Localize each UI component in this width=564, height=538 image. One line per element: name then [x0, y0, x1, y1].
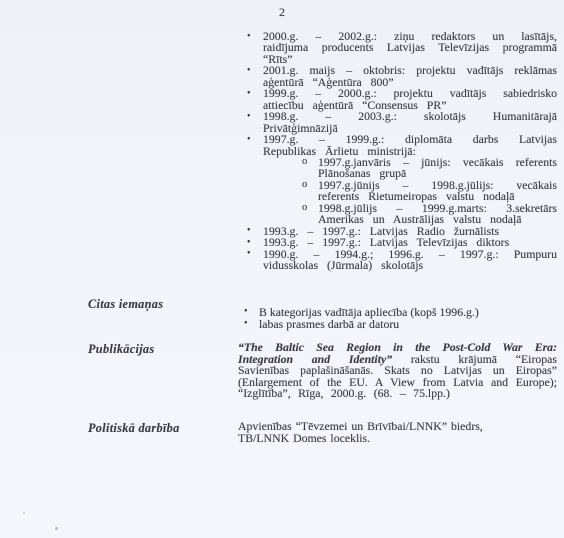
bullet-icon: •	[247, 248, 251, 259]
section-label-publications: Publikācijas	[88, 342, 154, 357]
section-label-political-activity: Politiskā darbība	[88, 421, 180, 436]
page-number: 2	[0, 5, 564, 20]
circle-bullet-icon: o	[302, 202, 307, 213]
work-history-text: 1990.g. – 1994.g.; 1996.g. – 1997.g.: Pu…	[263, 247, 557, 272]
sub-list-item: o1997.g.janvāris – jūnijs: vecākais refe…	[302, 157, 557, 180]
work-history-text: 2001.g. maijs – oktobris: projektu vadīt…	[263, 63, 557, 88]
other-skills-list: •B kategorijas vadītāja apliecība (kopš …	[243, 306, 557, 331]
bullet-icon: •	[244, 306, 248, 318]
skill-text: labas prasmes darbā ar datoru	[259, 317, 399, 331]
bullet-icon: •	[247, 88, 251, 99]
political-activity-paragraph: Apvienības “Tēvzemei un Brīvībai/LNNK” b…	[238, 421, 490, 445]
bullet-icon: •	[247, 31, 251, 42]
work-history-text: 1998.g. – 2003.g.: skolotājs Humanitāraj…	[263, 109, 557, 134]
work-history-item: •1990.g. – 1994.g.; 1996.g. – 1997.g.: P…	[245, 249, 557, 272]
ministry-positions-sublist: o1997.g.janvāris – jūnijs: vecākais refe…	[302, 157, 557, 226]
bullet-icon: •	[247, 237, 251, 248]
skill-item: •labas prasmes darbā ar datoru	[243, 318, 557, 330]
scan-speck	[55, 527, 58, 530]
bullet-icon: •	[247, 65, 251, 76]
sub-list-item: o1997.g.jūnijs – 1998.g.jūlijs: vecākais…	[302, 180, 557, 203]
work-history-text: 1997.g. – 1999.g.: diplomāta darbs Latvi…	[263, 132, 557, 157]
sub-item-text: 1997.g.janvāris – jūnijs: vecākais refer…	[318, 155, 557, 180]
work-history-list: •2000.g. – 2002.g.: ziņu redaktors un la…	[245, 31, 557, 272]
work-history-item: •1999.g. – 2000.g.: projektu vadītājs sa…	[245, 88, 557, 111]
bullet-icon: •	[247, 111, 251, 122]
work-history-item: •2000.g. – 2002.g.: ziņu redaktors un la…	[245, 31, 557, 65]
work-history-text: 1999.g. – 2000.g.: projektu vadītājs sab…	[263, 86, 557, 111]
sub-item-text: 1997.g.jūnijs – 1998.g.jūlijs: vecākais …	[318, 178, 557, 203]
work-history-item: •1998.g. – 2003.g.: skolotājs Humanitāra…	[245, 111, 557, 134]
bullet-icon: •	[247, 225, 251, 236]
publications-paragraph: “The Baltic Sea Region in the Post-Cold …	[238, 342, 557, 400]
sub-list-item: o1998.g.jūlijs – 1999.g.marts: 3.sekretā…	[302, 203, 557, 226]
bullet-icon: •	[244, 318, 248, 330]
bullet-icon: •	[247, 134, 251, 145]
scanned-cv-page: 2 •2000.g. – 2002.g.: ziņu redaktors un …	[0, 0, 564, 538]
circle-bullet-icon: o	[302, 156, 307, 167]
circle-bullet-icon: o	[302, 179, 307, 190]
sub-item-text: 1998.g.jūlijs – 1999.g.marts: 3.sekretār…	[318, 201, 557, 226]
section-label-other-skills: Citas iemaņas	[88, 297, 163, 312]
work-history-item: •2001.g. maijs – oktobris: projektu vadī…	[245, 65, 557, 88]
scan-speck	[23, 512, 25, 514]
work-history-text: 2000.g. – 2002.g.: ziņu redaktors un las…	[263, 29, 557, 66]
work-history-item: •1997.g. – 1999.g.: diplomāta darbs Latv…	[245, 134, 557, 157]
